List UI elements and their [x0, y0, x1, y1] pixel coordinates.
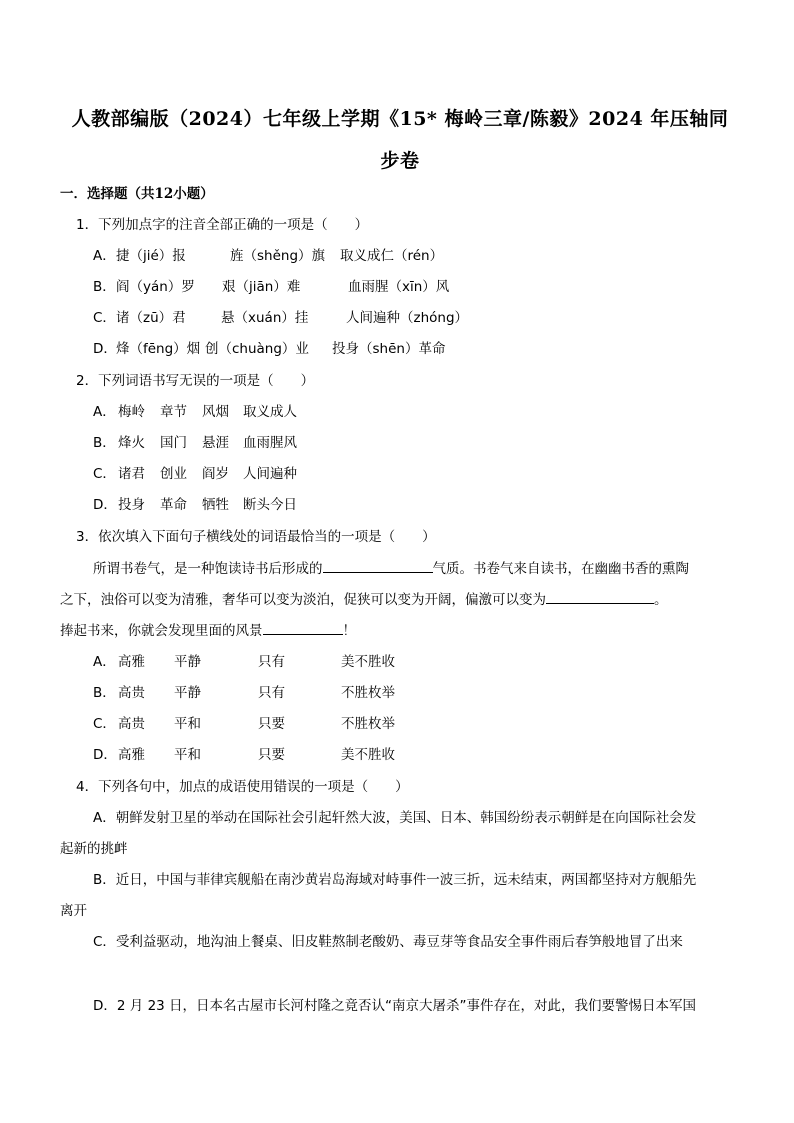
title-line-2: 步卷 [60, 146, 740, 173]
passage-line-2: 之下，浊俗可以变为清雅，奢华可以变为淡泊，促狭可以变为开阔，偏激可以变为。 [60, 589, 668, 610]
question-stem: 2．下列词语书写无误的一项是（ ） [76, 371, 314, 391]
title-line-1: 人教部编版（2024）七年级上学期《15* 梅岭三章/陈毅》2024 年压轴同 [60, 104, 740, 131]
fill-blank-1 [323, 558, 433, 573]
question-stem: 4．下列各句中，加点的成语使用错误的一项是（ ） [76, 777, 409, 797]
question-stem: 1．下列加点字的注音全部正确的一项是（ ） [76, 215, 368, 235]
section-heading: 一．选择题（共12小题） [60, 184, 214, 204]
passage-line-1: 所谓书卷气，是一种饱读诗书后形成的气质。书卷气来自读书，在幽幽书香的熏陶 [93, 558, 689, 579]
passage-line-3: 捧起书来，你就会发现里面的风景！ [60, 620, 356, 641]
fill-blank-3 [263, 620, 343, 635]
question-stem: 3．依次填入下面句子横线处的词语最恰当的一项是（ ） [76, 527, 436, 547]
fill-blank-2 [546, 589, 654, 604]
